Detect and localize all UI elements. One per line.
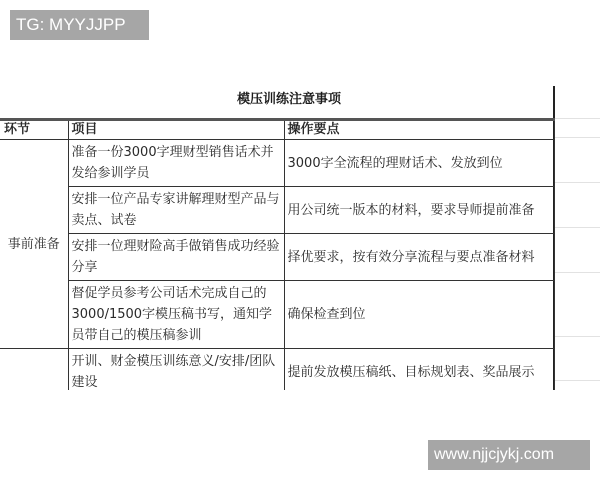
- table-row: 开训、财金模压训练意义/安排/团队建设 提前发放模压稿纸、目标规划表、奖品展示: [0, 349, 554, 391]
- item-cell[interactable]: 督促学员参考公司话术完成自己的3000/1500字模压稿书写，通知学员带自己的模…: [68, 281, 284, 349]
- notes-table: 环节 项目 操作要点 事前准备 准备一份3000字理财型销售话术并发给参训学员 …: [0, 118, 555, 390]
- item-cell[interactable]: 安排一位产品专家讲解理财型产品与卖点、试卷: [68, 187, 284, 234]
- gridline: [555, 182, 600, 183]
- table-row: 督促学员参考公司话术完成自己的3000/1500字模压稿书写，通知学员带自己的模…: [0, 281, 554, 349]
- item-cell[interactable]: 安排一位理财险高手做销售成功经验分享: [68, 234, 284, 281]
- gridline: [555, 137, 600, 138]
- header-stage[interactable]: 环节: [0, 120, 68, 140]
- table-row: 事前准备 准备一份3000字理财型销售话术并发给参训学员 3000字全流程的理财…: [0, 140, 554, 187]
- stage-cell[interactable]: [0, 349, 68, 391]
- header-item[interactable]: 项目: [68, 120, 284, 140]
- gridline: [555, 380, 600, 381]
- key-point-cell[interactable]: 择优要求，按有效分享流程与要点准备材料: [284, 234, 554, 281]
- item-cell[interactable]: 开训、财金模压训练意义/安排/团队建设: [68, 349, 284, 391]
- watermark-top: TG: MYYJJPP: [10, 10, 149, 40]
- key-point-cell[interactable]: 确保检查到位: [284, 281, 554, 349]
- spreadsheet: 模压训练注意事项 环节 项目 操作要点 事前准备 准备一份3000字理财型销售话…: [0, 86, 600, 390]
- key-point-cell[interactable]: 3000字全流程的理财话术、发放到位: [284, 140, 554, 187]
- key-point-cell[interactable]: 提前发放模压稿纸、目标规划表、奖品展示: [284, 349, 554, 391]
- gridline: [555, 227, 600, 228]
- sheet-title: 模压训练注意事项: [0, 86, 554, 118]
- gridline: [555, 272, 600, 273]
- header-key-point[interactable]: 操作要点: [284, 120, 554, 140]
- key-point-cell[interactable]: 用公司统一版本的材料，要求导师提前准备: [284, 187, 554, 234]
- gridline: [555, 336, 600, 337]
- gridline: [555, 118, 600, 119]
- stage-cell[interactable]: 事前准备: [0, 140, 68, 349]
- table-header-row: 环节 项目 操作要点: [0, 120, 554, 140]
- item-cell[interactable]: 准备一份3000字理财型销售话术并发给参训学员: [68, 140, 284, 187]
- table-row: 安排一位产品专家讲解理财型产品与卖点、试卷 用公司统一版本的材料，要求导师提前准…: [0, 187, 554, 234]
- table-row: 安排一位理财险高手做销售成功经验分享 择优要求，按有效分享流程与要点准备材料: [0, 234, 554, 281]
- watermark-bottom: www.njjcjykj.com: [428, 440, 590, 470]
